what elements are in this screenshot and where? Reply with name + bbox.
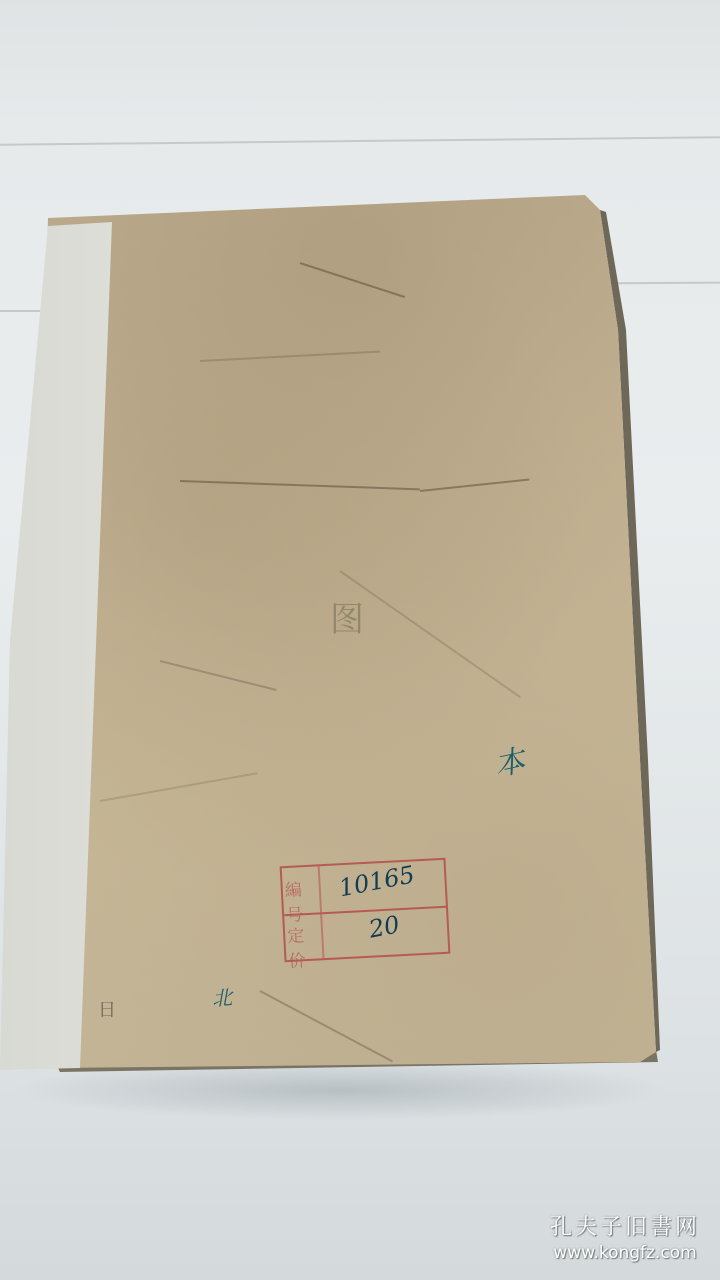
stamp-value-number: 10165 — [337, 860, 417, 902]
stamp-label-price: 定价 — [287, 921, 320, 973]
watermark-url: www.kongfz.com — [550, 1243, 700, 1263]
faint-cover-character: 图 — [330, 592, 364, 641]
watermark-site-name: 孔夫子旧書网 — [550, 1210, 700, 1241]
handwritten-mark-bottom: 北 — [211, 981, 233, 1011]
stamp-divider — [320, 912, 324, 958]
stamp-row-price: 定价 20 — [284, 906, 448, 960]
stamp-value-price: 20 — [367, 910, 402, 943]
stamp-divider — [318, 866, 322, 912]
library-stamp: 編号 10165 定价 20 — [280, 858, 451, 963]
faint-mark-bottom-left: 日 — [98, 996, 116, 1022]
site-watermark: 孔夫子旧書网 www.kongfz.com — [550, 1210, 700, 1263]
book: 图 編号 10165 定价 20 本 北 日 — [0, 0, 720, 1280]
